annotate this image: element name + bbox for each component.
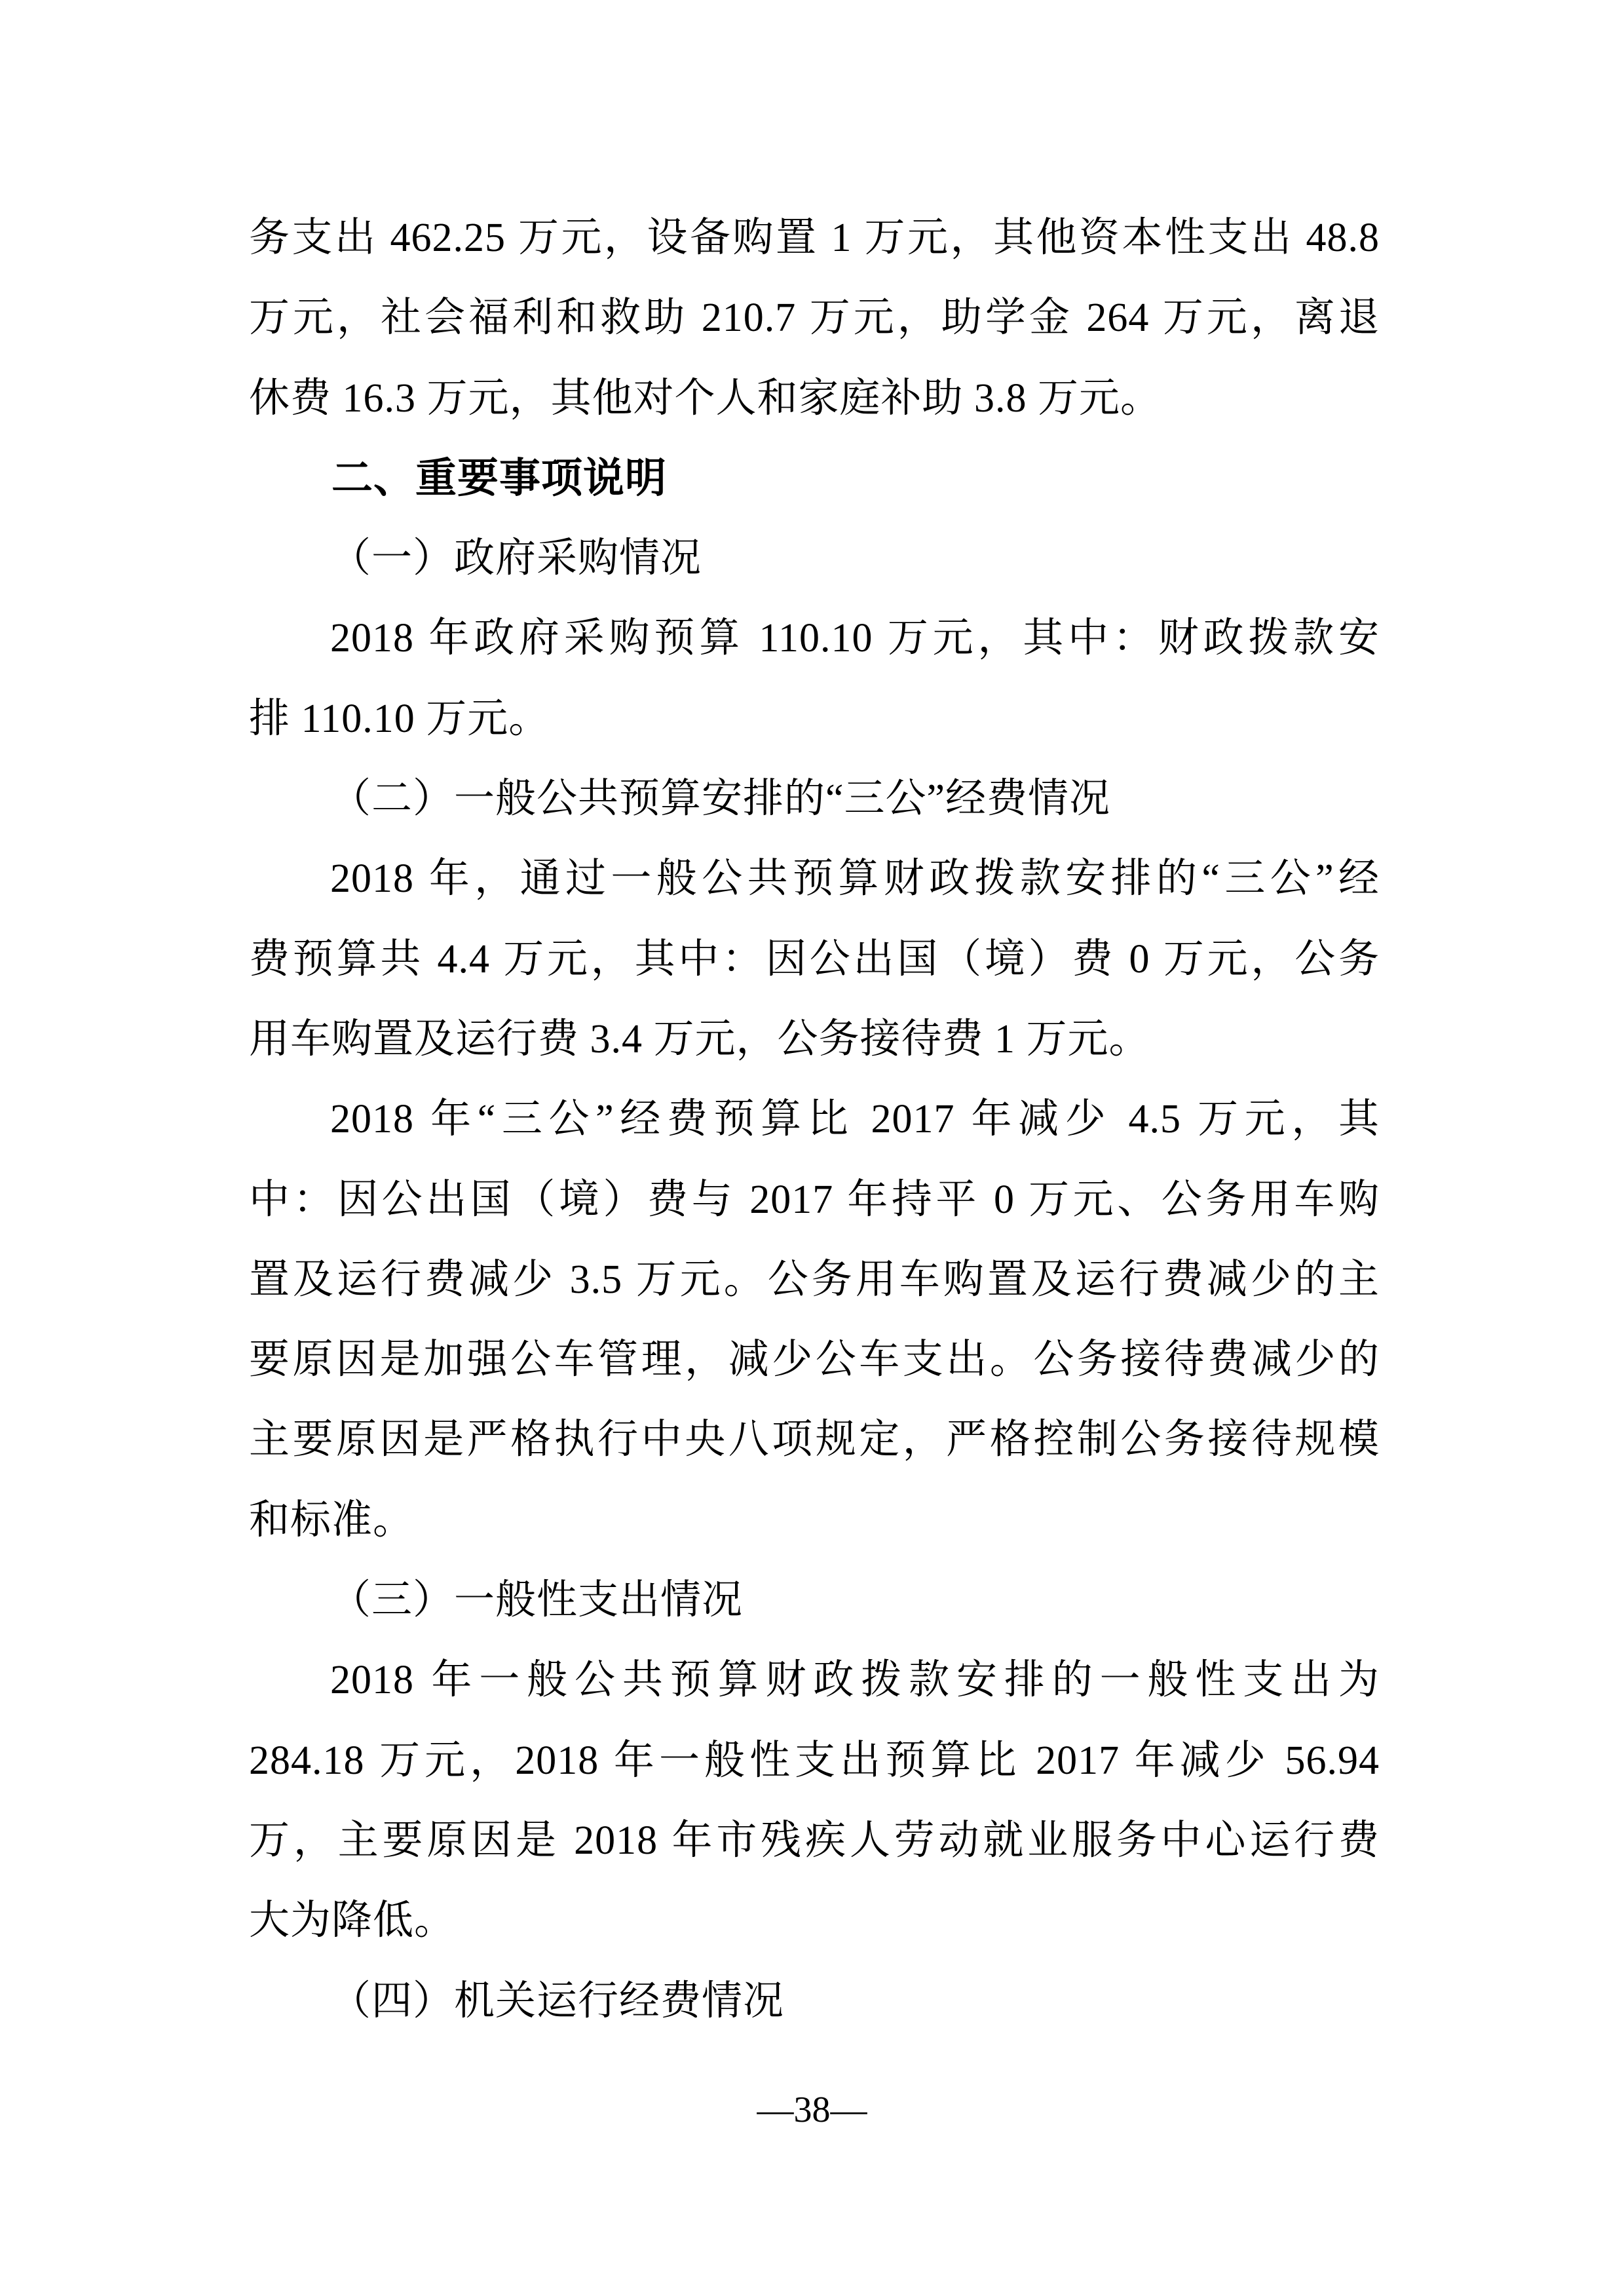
text-line: 主要原因是严格执行中央八项规定，严格控制公务接待规模 [249, 1400, 1380, 1480]
text-line: 万元，社会福利和救助 210.7 万元，助学金 264 万元，离退 [249, 278, 1380, 358]
document-body: 务支出 462.25 万元，设备购置 1 万元，其他资本性支出 48.8 万元，… [249, 198, 1380, 2041]
subheading-agency-operating-funds: （四）机关运行经费情况 [249, 1961, 1380, 2041]
text-line: 2018 年政府采购预算 110.10 万元，其中：财政拨款安 [249, 598, 1380, 678]
text-line: 大为降低。 [249, 1881, 1380, 1961]
text-line: 2018 年一般公共预算财政拨款安排的一般性支出为 [249, 1640, 1380, 1720]
text-line: 中：因公出国（境）费与 2017 年持平 0 万元、公务用车购 [249, 1160, 1380, 1240]
text-line: 284.18 万元，2018 年一般性支出预算比 2017 年减少 56.94 [249, 1721, 1380, 1801]
text-line: 用车购置及运行费 3.4 万元，公务接待费 1 万元。 [249, 999, 1380, 1079]
text-line: 务支出 462.25 万元，设备购置 1 万元，其他资本性支出 48.8 [249, 198, 1380, 278]
text-line: 置及运行费减少 3.5 万元。公务用车购置及运行费减少的主 [249, 1240, 1380, 1320]
page-footer: —38— [0, 2084, 1624, 2136]
subheading-general-expenditure: （三）一般性支出情况 [249, 1560, 1380, 1640]
text-line: 排 110.10 万元。 [249, 679, 1380, 759]
text-line: 要原因是加强公车管理，减少公车支出。公务接待费减少的 [249, 1320, 1380, 1400]
text-line: 2018 年“三公”经费预算比 2017 年减少 4.5 万元，其 [249, 1079, 1380, 1159]
text-line: 2018 年，通过一般公共预算财政拨款安排的“三公”经 [249, 839, 1380, 919]
page-number: —38— [757, 2090, 867, 2130]
document-page: 务支出 462.25 万元，设备购置 1 万元，其他资本性支出 48.8 万元，… [0, 0, 1624, 2296]
text-line: 费预算共 4.4 万元，其中：因公出国（境）费 0 万元，公务 [249, 919, 1380, 999]
text-line: 休费 16.3 万元，其他对个人和家庭补助 3.8 万元。 [249, 358, 1380, 438]
heading-important-items: 二、重要事项说明 [249, 438, 1380, 518]
subheading-government-procurement: （一）政府采购情况 [249, 518, 1380, 598]
text-line: 万，主要原因是 2018 年市残疾人劳动就业服务中心运行费 [249, 1801, 1380, 1881]
text-line: 和标准。 [249, 1480, 1380, 1560]
subheading-sangong-funds: （二）一般公共预算安排的“三公”经费情况 [249, 759, 1380, 839]
